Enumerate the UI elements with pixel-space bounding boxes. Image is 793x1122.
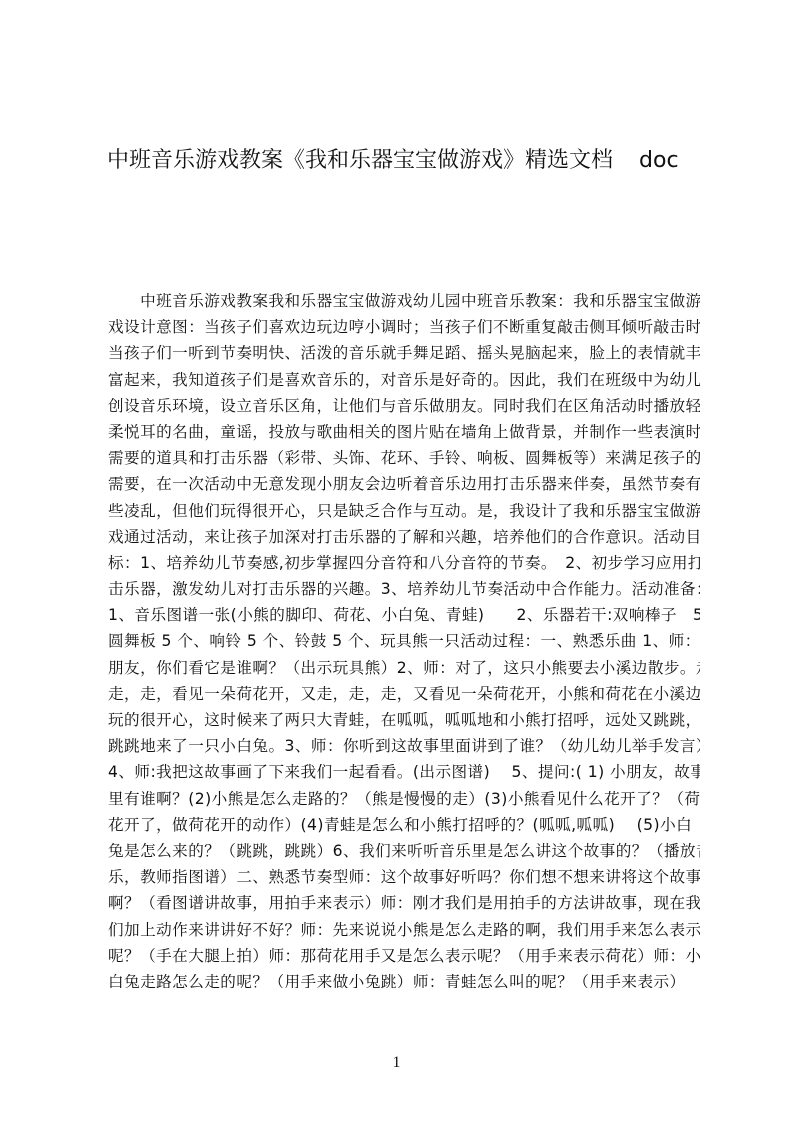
body-line: 1、音乐图谱一张(小熊的脚印、荷花、小白兔、青蛙) 2、乐器若干:双响棒子 5 …: [108, 602, 700, 628]
body-line: 戏通过活动，来让孩子加深对打击乐器的了解和兴趣，培养他们的合作意识。活动目: [108, 524, 700, 550]
body-line: 玩的很开心，这时候来了两只大青蛙，在呱呱，呱呱地和小熊打招呼，远处又跳跳，: [108, 707, 700, 733]
body-line: 走，走，看见一朵荷花开，又走，走，走，又看见一朵荷花开，小熊和荷花在小溪边: [108, 681, 700, 707]
body-line: 圆舞板 5 个、响铃 5 个、铃鼓 5 个、玩具熊一只活动过程：一、熟悉乐曲 1…: [108, 628, 700, 654]
body-line: 富起来，我知道孩子们是喜欢音乐的，对音乐是好奇的。因此，我们在班级中为幼儿: [108, 367, 700, 393]
body-line: 们加上动作来讲讲好不好？师：先来说说小熊是怎么走路的啊，我们用手来怎么表示: [108, 917, 700, 943]
body-line: 创设音乐环境，设立音乐区角，让他们与音乐做朋友。同时我们在区角活动时播放轻: [108, 393, 700, 419]
body-line: 兔是怎么来的？（跳跳，跳跳）6、我们来听听音乐里是怎么讲这个故事的？（播放音: [108, 838, 700, 864]
body-line: 4、师:我把这故事画了下来我们一起看看。(出示图谱) 5、提问:( 1) 小朋友…: [108, 759, 700, 785]
body-line: 些凌乱，但他们玩得很开心，只是缺乏合作与互动。是，我设计了我和乐器宝宝做游: [108, 498, 700, 524]
body-line: 跳跳地来了一只小白兔。3、师：你听到这故事里面讲到了谁？（幼儿幼儿举手发言）: [108, 733, 700, 759]
body-line: 当孩子们一听到节奏明快、活泼的音乐就手舞足蹈、摇头晃脑起来，脸上的表情就丰: [108, 340, 700, 366]
body-line: 里有谁啊？(2)小熊是怎么走路的？（熊是慢慢的走）(3)小熊看见什么花开了？（荷: [108, 786, 700, 812]
title-extension: doc: [639, 148, 679, 173]
body-line: 花开了，做荷花开的动作）(4)青蛙是怎么和小熊打招呼的？(呱呱,呱呱) (5)小…: [108, 812, 700, 838]
title-text: 中班音乐游戏教案《我和乐器宝宝做游戏》精选文档: [107, 148, 613, 173]
body-line: 白兔走路怎么走的呢？（用手来做小兔跳）师：青蛙怎么叫的呢？（用手来表示）: [108, 969, 700, 988]
page-number: 1: [0, 1054, 793, 1072]
body-text: 中班音乐游戏教案我和乐器宝宝做游戏幼儿园中班音乐教案：我和乐器宝宝做游戏设计意图…: [108, 288, 700, 988]
body-line: 朋友，你们看它是谁啊？（出示玩具熊）2、师：对了，这只小熊要去小溪边散步。走: [108, 655, 700, 681]
body-line: 柔悦耳的名曲，童谣，投放与歌曲相关的图片贴在墙角上做背景，并制作一些表演时: [108, 419, 700, 445]
document-title: 中班音乐游戏教案《我和乐器宝宝做游戏》精选文档doc: [107, 143, 707, 174]
body-line: 需要，在一次活动中无意发现小朋友会边听着音乐边用打击乐器来伴奏，虽然节奏有: [108, 471, 700, 497]
body-line: 啊？（看图谱讲故事，用拍手来表示）师：刚才我们是用拍手的方法讲故事，现在我: [108, 890, 700, 916]
body-line: 戏设计意图：当孩子们喜欢边玩边哼小调时；当孩子们不断重复敲击侧耳倾听敲击时: [108, 314, 700, 340]
body-line: 中班音乐游戏教案我和乐器宝宝做游戏幼儿园中班音乐教案：我和乐器宝宝做游: [108, 288, 700, 314]
body-line: 需要的道具和打击乐器（彩带、头饰、花环、手铃、响板、圆舞板等）来满足孩子的: [108, 445, 700, 471]
body-line: 乐，教师指图谱）二、熟悉节奏型师：这个故事好听吗？你们想不想来讲将这个故事: [108, 864, 700, 890]
body-line: 呢？（手在大腿上拍）师：那荷花用手又是怎么表示呢？（用手来表示荷花）师：小: [108, 943, 700, 969]
body-line: 击乐器，激发幼儿对打击乐器的兴趣。3、培养幼儿节奏活动中合作能力。活动准备：: [108, 576, 700, 602]
body-line: 标：1、培养幼儿节奏感,初步掌握四分音符和八分音符的节奏。 2、初步学习应用打: [108, 550, 700, 576]
document-page: 中班音乐游戏教案《我和乐器宝宝做游戏》精选文档doc 中班音乐游戏教案我和乐器宝…: [0, 0, 793, 1122]
